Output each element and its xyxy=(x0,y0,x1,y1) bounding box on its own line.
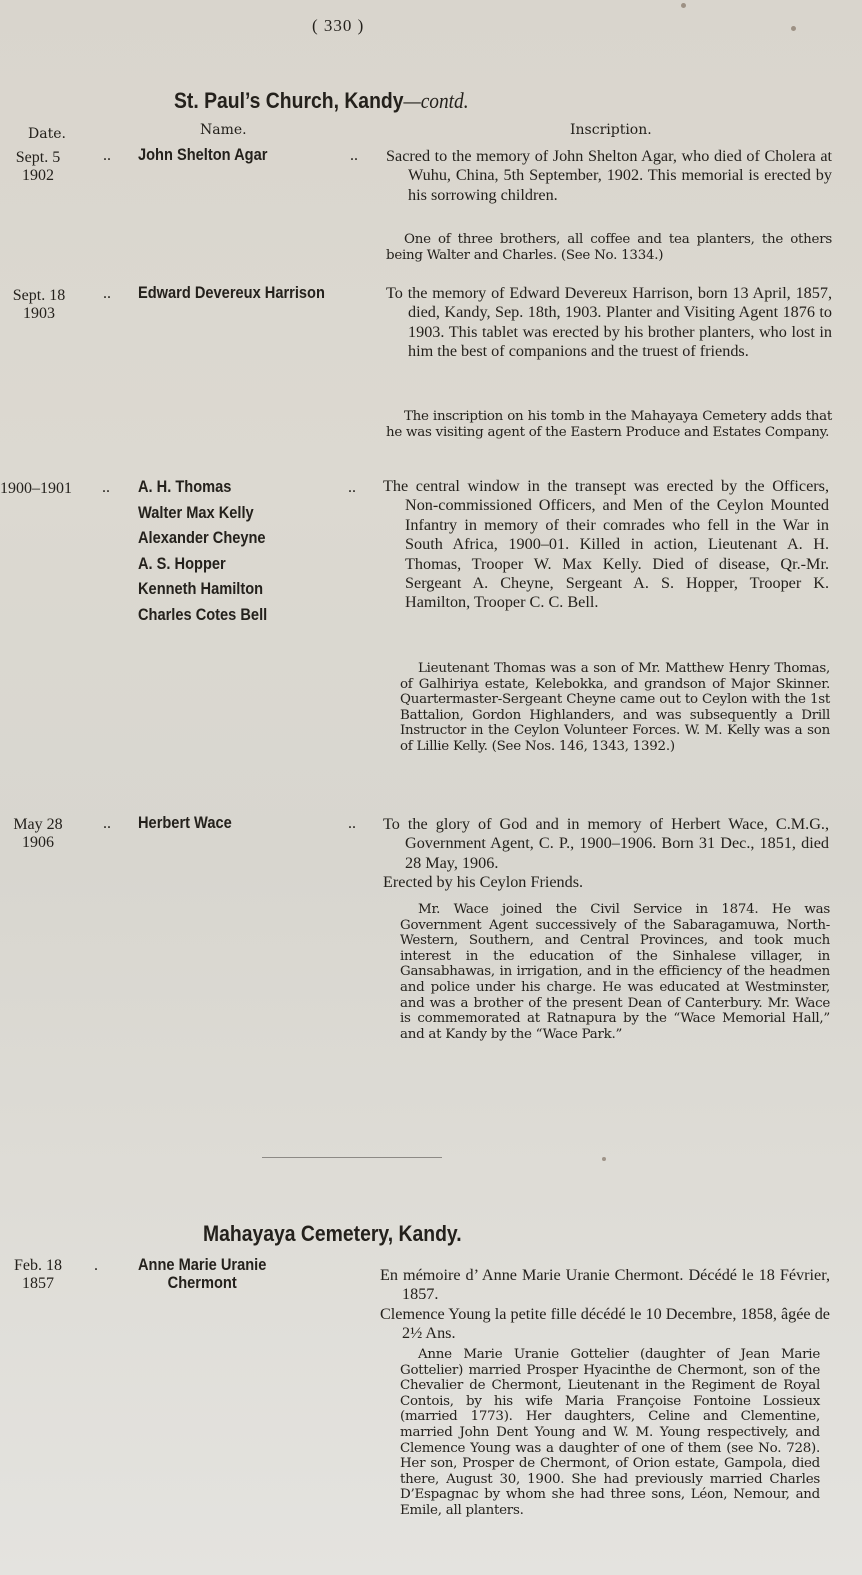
column-header-name: Name. xyxy=(200,122,247,138)
paper-spot xyxy=(791,26,796,31)
entry-name: A. S. Hopper xyxy=(138,551,267,577)
entry-name: A. H. Thomas xyxy=(138,474,267,500)
leader-dots: .. xyxy=(102,479,110,497)
section-divider xyxy=(262,1157,442,1158)
entry-inscription: To the memory of Edward Devereux Harriso… xyxy=(386,284,832,362)
leader-dots: .. xyxy=(350,147,358,165)
entry-name: Chermont xyxy=(138,1274,266,1292)
entry-name: Charles Cotes Bell xyxy=(138,602,267,628)
entry-date: Feb. 18 1857 xyxy=(8,1257,68,1293)
leader-dots: .. xyxy=(348,815,356,833)
leader-dots: .. xyxy=(103,147,111,165)
leader-dots: . xyxy=(94,1257,98,1275)
entry-name: Walter Max Kelly xyxy=(138,500,267,526)
section-title: Mahayaya Cemetery, Kandy. xyxy=(203,1221,462,1247)
entry-name: Edward Devereux Harrison xyxy=(138,280,325,306)
leader-dots: .. xyxy=(348,479,356,497)
leader-dots: .. xyxy=(103,285,111,303)
entry-inscription: Sacred to the memory of John Shelton Aga… xyxy=(386,147,832,205)
entry-date: Sept. 5 1902 xyxy=(8,149,68,185)
entry-note: One of three brothers, all coffee and te… xyxy=(386,232,832,263)
entry-name: Alexander Cheyne xyxy=(138,525,267,551)
entry-date: Sept. 18 1903 xyxy=(6,287,72,323)
entry-inscription-extra: Clemence Young la petite fille décédé le… xyxy=(380,1305,830,1344)
entry-inscription: The central window in the transept was e… xyxy=(383,477,829,613)
entry-note: Lieutenant Thomas was a son of Mr. Matth… xyxy=(400,661,830,755)
entry-inscription: En mémoire d’ Anne Marie Uranie Chermont… xyxy=(380,1266,830,1344)
entry-note: Mr. Wace joined the Civil Service in 187… xyxy=(400,902,830,1042)
entry-date: May 28 1906 xyxy=(6,816,70,852)
column-header-date: Date. xyxy=(28,126,66,142)
book-page: ( 330 ) St. Paul’s Church, Kandy—contd. … xyxy=(0,0,862,1575)
page-number: ( 330 ) xyxy=(312,16,364,36)
paper-spot xyxy=(681,3,686,8)
section-title-suffix: —contd. xyxy=(404,88,469,113)
entry-note: Anne Marie Uranie Gottelier (daughter of… xyxy=(400,1347,820,1519)
entry-names-list: Anne Marie Uranie Chermont xyxy=(138,1256,266,1292)
entry-note: The inscription on his tomb in the Mahay… xyxy=(386,409,832,440)
entry-name: Herbert Wace xyxy=(138,810,232,836)
entry-inscription-extra: Erected by his Ceylon Friends. xyxy=(383,873,829,892)
entry-name: Kenneth Hamilton xyxy=(138,576,267,602)
entry-inscription: To the glory of God and in memory of Her… xyxy=(383,815,829,893)
column-header-inscription: Inscription. xyxy=(570,122,652,138)
entry-names-list: A. H. Thomas Walter Max Kelly Alexander … xyxy=(138,474,267,627)
paper-spot xyxy=(602,1157,606,1161)
entry-name: Anne Marie Uranie xyxy=(138,1256,266,1274)
section-title: St. Paul’s Church, Kandy—contd. xyxy=(174,88,469,114)
entry-date: 1900–1901 xyxy=(0,480,72,498)
entry-name: John Shelton Agar xyxy=(138,142,267,168)
leader-dots: .. xyxy=(103,815,111,833)
section-title-text: St. Paul’s Church, Kandy xyxy=(174,88,404,114)
